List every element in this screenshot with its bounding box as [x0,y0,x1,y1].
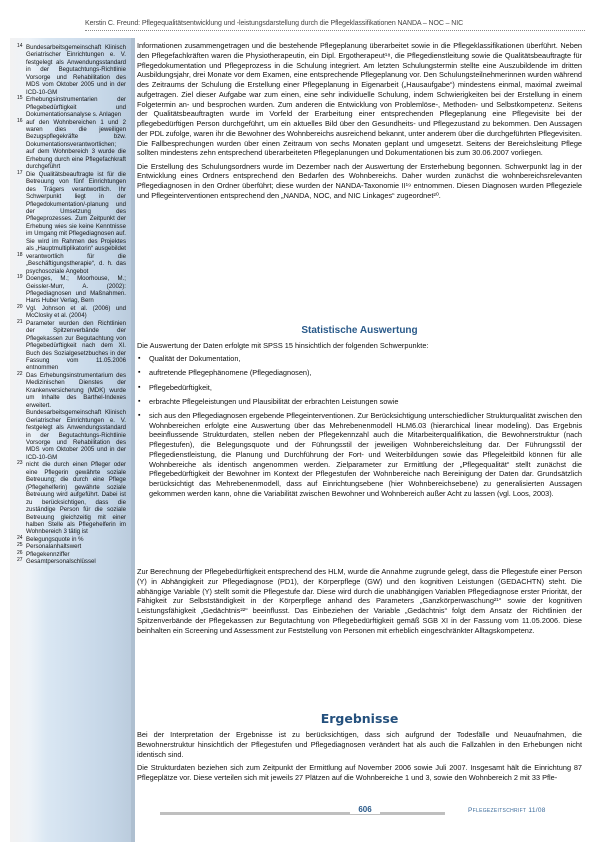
bullet-item: erbrachte Pflegeleistungen und Plausibil… [137,397,582,407]
footnote: 24Belegungsquote in % [26,536,126,543]
body-paragraph: Die Erstellung des Schulungsordners wurd… [137,162,582,201]
hlm-section: Zur Berechnung der Pflegebedürftigkeit e… [137,567,582,639]
statistik-section: Die Auswertung der Daten erfolgte mit SP… [137,341,582,503]
footnote: 27Gesamtpersonalschlüssel [26,558,126,565]
footnote: 23nicht die durch einen Pfleger oder ein… [26,461,126,536]
running-header: Kerstin C. Freund: Pflegequalitätsentwic… [85,18,585,31]
body-paragraph: Informationen zusammengetragen und die b… [137,41,582,158]
footnote: 21Parameter wurden den Richtlinien der S… [26,320,126,372]
bullet-item: auftretende Pflegephänomene (Pflegediagn… [137,368,582,378]
footnote: 25Personalanhaltswert [26,543,126,550]
body-paragraph: Bei der Interpretation der Ergebnisse is… [137,730,582,759]
bullet-item: Pflegebedürftigkeit, [137,383,582,393]
footnotes-column: 14Bundesarbeitsgemeinschaft Klinisch Ger… [26,44,126,566]
footnote: 17Die Qualitätsbeauftragte ist für die B… [26,171,126,253]
footnote: 19Doenges, M.; Moorhouse, M.; Geissler-M… [26,275,126,305]
footnote: 26Pflegekennziffer [26,551,126,558]
journal-name: Pflegezeitschrift 11/08 [468,807,546,814]
main-text-intro: Informationen zusammengetragen und die b… [137,41,582,204]
page-number: 606 [350,805,380,814]
statistik-lead: Die Auswertung der Daten erfolgte mit SP… [137,341,582,351]
bullet-item: Qualität der Dokumentation, [137,354,582,364]
footnote: 15Erhebungsinstrumentarien der Pflegebed… [26,96,126,118]
footnote: 20Vgl. Johnson et al. (2006) und McClosk… [26,305,126,320]
ergebnisse-section: Bei der Interpretation der Ergebnisse is… [137,730,582,786]
body-paragraph: Zur Berechnung der Pflegebedürftigkeit e… [137,567,582,635]
footnote: 14Bundesarbeitsgemeinschaft Klinisch Ger… [26,44,126,96]
section-heading-statistik: Statistische Auswertung [137,325,582,336]
footnote: 16auf den Wohnbereichen 1 und 2 waren di… [26,119,126,171]
sidebar-edge-bar [131,38,135,842]
footer-rule [160,812,445,815]
bullet-item: sich aus den Pflegediagnosen ergebende P… [137,411,582,499]
body-paragraph: Die Strukturdaten beziehen sich zum Zeit… [137,763,582,783]
footnote: 22Das Erhebungsinstrumentarium des Mediz… [26,372,126,461]
statistik-bullet-list: Qualität der Dokumentation, auftretende … [137,354,582,498]
footnote: 18verantwortlich für die „Beschäftigungs… [26,253,126,275]
section-heading-ergebnisse: Ergebnisse [137,711,582,726]
